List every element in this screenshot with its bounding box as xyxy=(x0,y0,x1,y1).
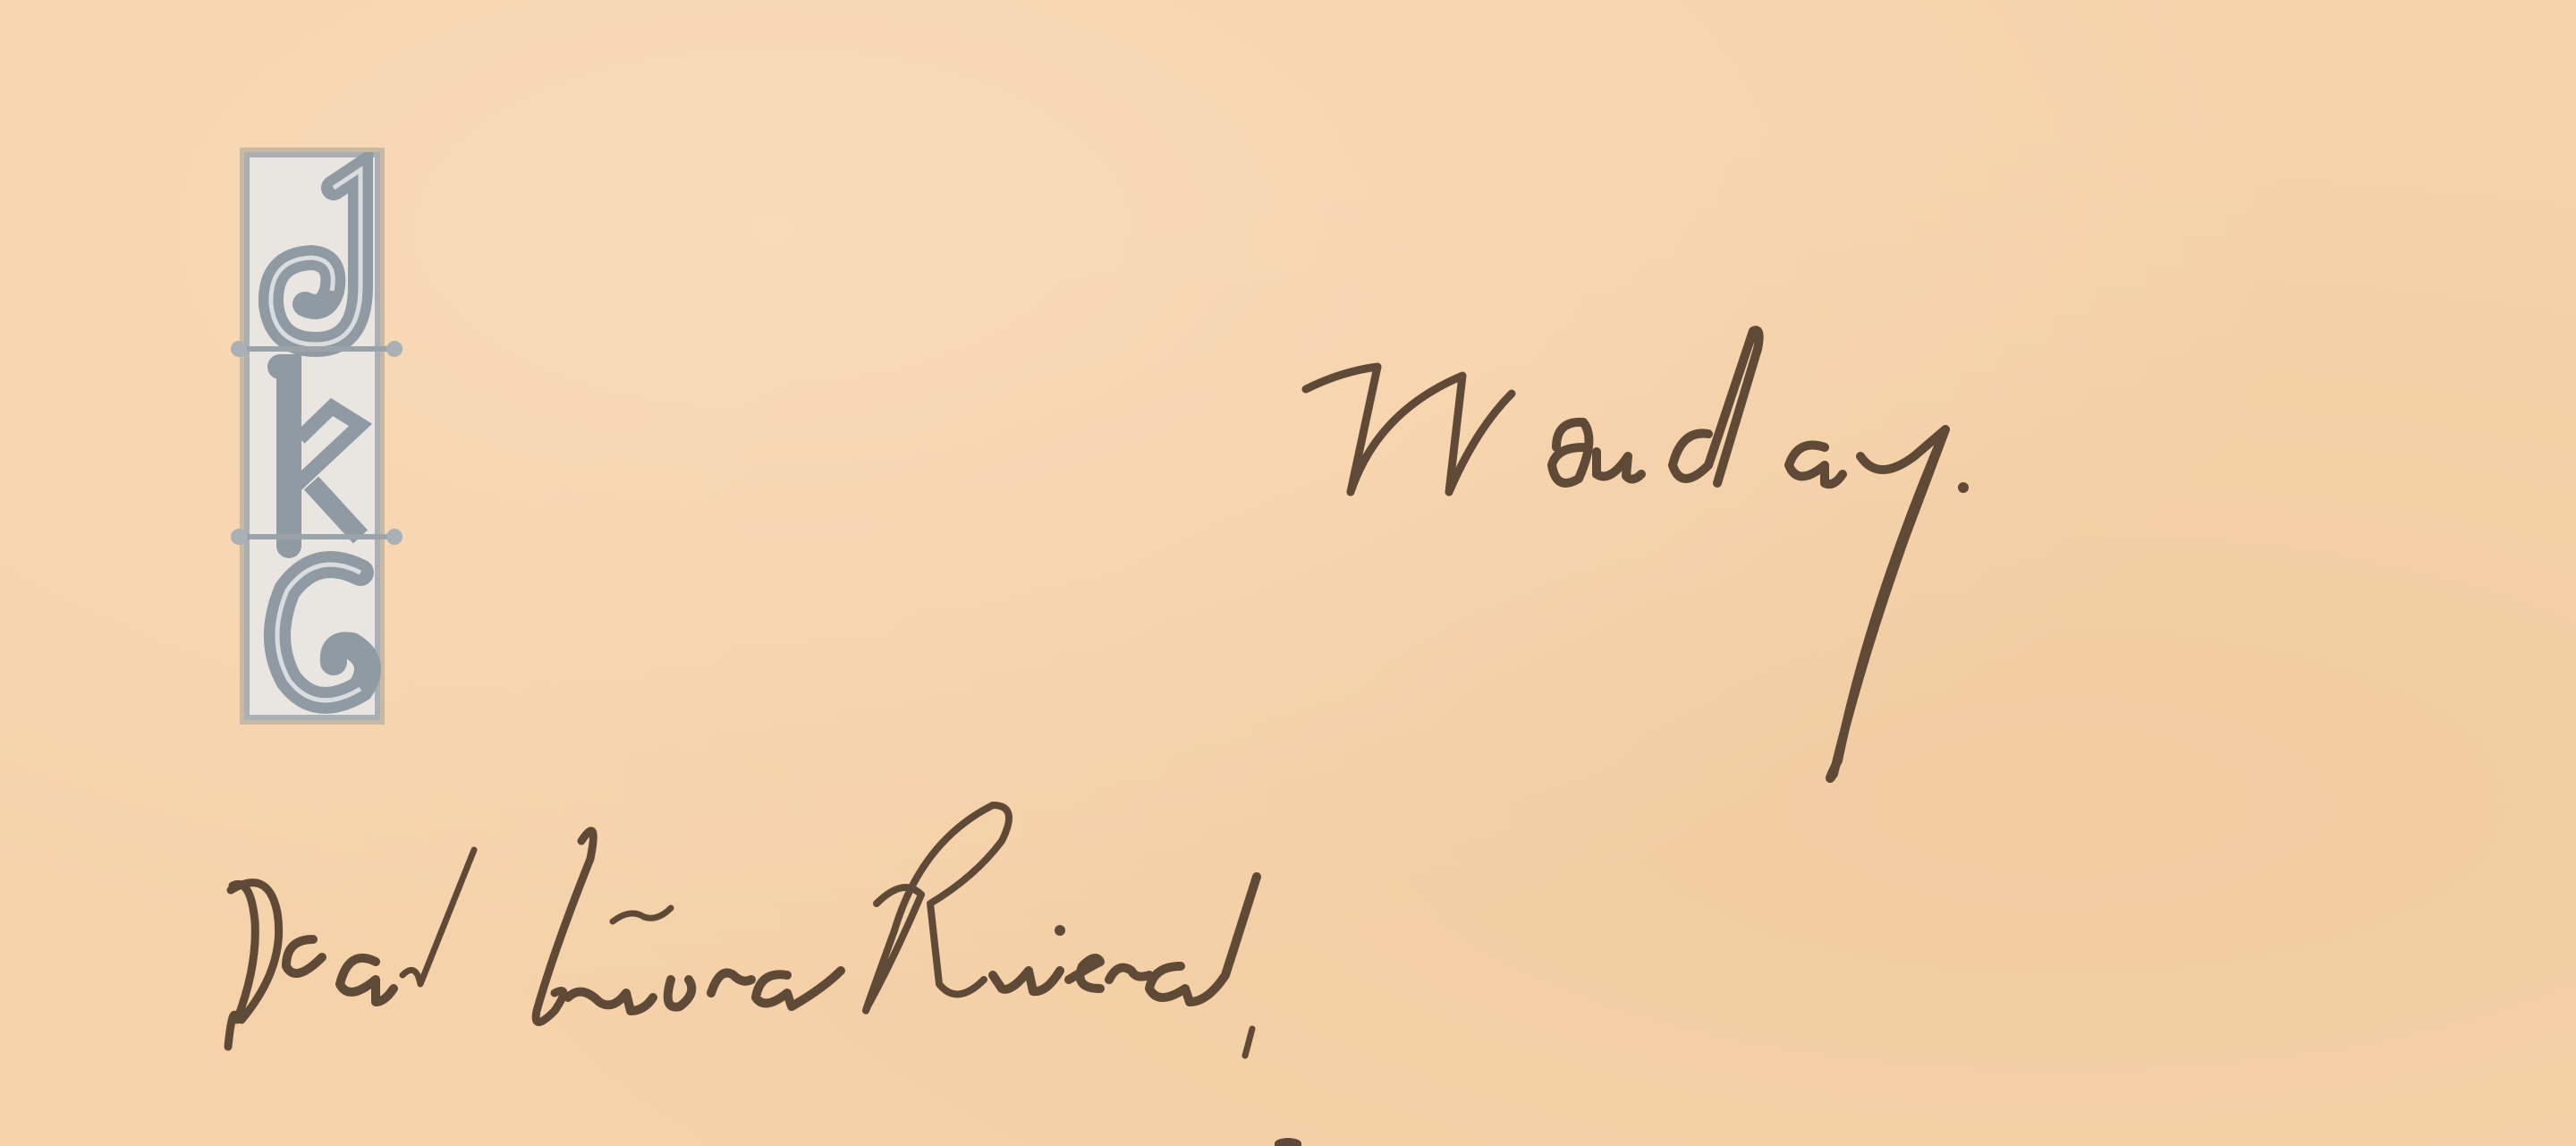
letter-paper: JKC Monday. xyxy=(0,0,2576,1146)
monogram-icon xyxy=(226,152,407,729)
monday-handwriting xyxy=(1288,322,2361,787)
salutation-handwriting xyxy=(215,787,2093,1146)
jkc-monogram: JKC xyxy=(240,148,385,725)
partial-next-line-mark xyxy=(1275,1138,1301,1146)
